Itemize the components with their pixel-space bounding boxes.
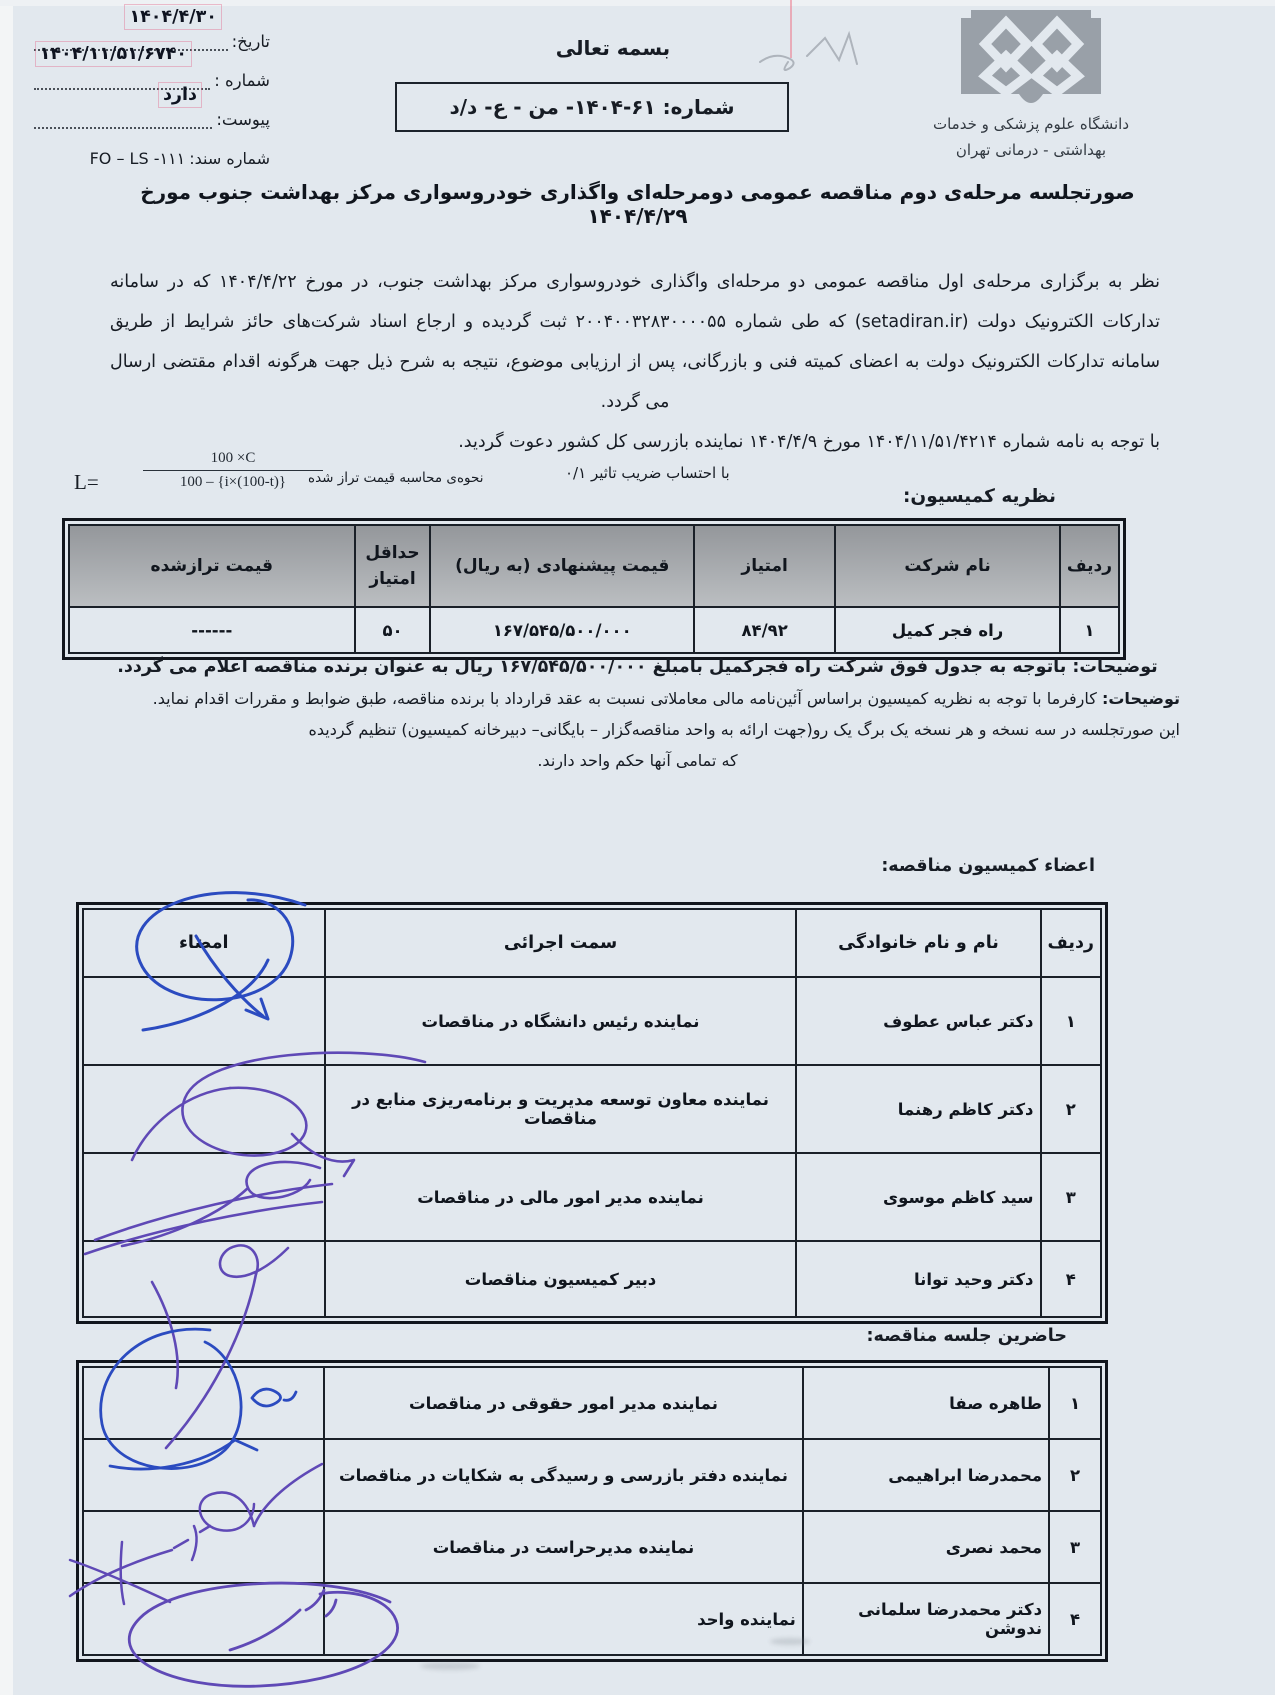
score-table-row: ۱ راه فجر کمیل ۸۴/۹۲ ۱۶۷/۵۴۵/۵۰۰/۰۰۰ ۵۰ … — [69, 607, 1119, 653]
commission-opinion-heading: نظریه کمیسیون: — [903, 486, 1056, 507]
members-table-wrapper: ردیف نام و نام خانوادگی سمت اجرائی امضاء… — [76, 902, 1108, 1324]
header-executive-position: سمت اجرائی — [325, 909, 797, 977]
cell-member-role: نماینده مدیر امور مالی در مناقصات — [325, 1153, 797, 1241]
cell-row-number: ۲ — [1049, 1439, 1101, 1511]
university-logo-block: دانشگاه علوم پزشکی و خدمات بهداشتی - درم… — [888, 6, 1174, 162]
attendees-section-heading: حاضرین جلسه مناقصه: — [866, 1326, 1067, 1346]
cell-price: ۱۶۷/۵۴۵/۵۰۰/۰۰۰ — [430, 607, 694, 653]
cell-signature — [83, 977, 325, 1065]
header-signature: امضاء — [83, 909, 325, 977]
fraction-bar — [143, 470, 323, 471]
copies-note-continued: که تمامی آنها حکم واحد دارند. — [95, 745, 1180, 776]
basmala: بسمه تعالی — [463, 36, 763, 60]
attendee-row: ۲ محمدرضا ابراهیمی نماینده دفتر بازرسی و… — [83, 1439, 1101, 1511]
main-paragraph: نظر به برگزاری مرحله‌ی اول مناقصه عمومی … — [110, 262, 1160, 422]
body-text: نظر به برگزاری مرحله‌ی اول مناقصه عمومی … — [110, 262, 1160, 462]
cell-signature — [83, 1367, 324, 1439]
cell-attendee-name: محمد نصری — [803, 1511, 1049, 1583]
number-label: شماره : — [210, 71, 270, 90]
cell-signature — [83, 1583, 324, 1655]
cell-adjusted-price: ------ — [69, 607, 355, 653]
cell-row-number: ۴ — [1041, 1241, 1101, 1317]
cell-row-number: ۱ — [1041, 977, 1101, 1065]
winner-announcement-note: توضیحات: باتوجه به جدول فوق شرکت راه فجر… — [95, 652, 1180, 683]
header-adjusted-price: قیمت ترازشده — [69, 525, 355, 607]
cell-signature — [83, 1241, 325, 1317]
doc-number-value: FO – LS -۱۱۱ — [90, 149, 186, 168]
header-proposed-price: قیمت پیشنهادی (به ریال) — [430, 525, 694, 607]
cell-attendee-role: نماینده مدیرحراست در مناقصات — [324, 1511, 803, 1583]
attachment-value-handwritten: دارد — [158, 82, 202, 108]
cell-attendee-role: نماینده مدیر امور حقوقی در مناقصات — [324, 1367, 803, 1439]
cell-member-name: دکتر کاظم رهنما — [796, 1065, 1040, 1153]
copies-note: این صورتجلسه در سه نسخه و هر نسخه یک برگ… — [95, 714, 1180, 745]
cell-member-name: دکتر وحید توانا — [796, 1241, 1040, 1317]
score-table-wrapper: ردیف نام شرکت امتیاز قیمت پیشنهادی (به ر… — [62, 518, 1126, 660]
impact-coefficient-note: با احتساب ضریب تاثیر ۰/۱ — [565, 464, 730, 482]
doc-number-label: شماره سند: — [185, 149, 270, 168]
header-row-number: ردیف — [1041, 909, 1101, 977]
cell-member-role: نماینده معاون توسعه مدیریت و برنامه‌ریزی… — [325, 1065, 797, 1153]
attachment-label: پیوست: — [212, 110, 270, 129]
cell-member-name: سید کاظم موسوی — [796, 1153, 1040, 1241]
cell-member-name: دکتر عباس عطوف — [796, 977, 1040, 1065]
cell-signature — [83, 1065, 325, 1153]
scan-smudge — [770, 1638, 810, 1645]
members-table: ردیف نام و نام خانوادگی سمت اجرائی امضاء… — [82, 908, 1102, 1318]
cell-member-role: دبیر کمیسیون مناقصات — [325, 1241, 797, 1317]
org-name-line1: دانشگاه علوم پزشکی و خدمات — [888, 112, 1174, 136]
date-label: تاریخ: — [228, 32, 270, 51]
cell-score: ۸۴/۹۲ — [694, 607, 835, 653]
cell-attendee-name: طاهره صفا — [803, 1367, 1049, 1439]
score-table: ردیف نام شرکت امتیاز قیمت پیشنهادی (به ر… — [68, 524, 1120, 654]
attachment-field: پیوست: دارد — [28, 90, 270, 129]
formula-caption: نحوه‌ی محاسبه قیمت تراز شده — [308, 470, 483, 486]
header-row-number: ردیف — [1060, 525, 1119, 607]
attendees-table-wrapper: ۱ طاهره صفا نماینده مدیر امور حقوقی در م… — [76, 1360, 1108, 1662]
cell-signature — [83, 1439, 324, 1511]
university-logo-icon — [951, 6, 1111, 106]
scanned-tender-minutes-page: تاریخ: ۱۴۰۴/۴/۳۰ شماره : ۱۴۰۴/۱۱/۵۱/۶۷۴۰… — [0, 0, 1275, 1695]
letterhead-fields: تاریخ: ۱۴۰۴/۴/۳۰ شماره : ۱۴۰۴/۱۱/۵۱/۶۷۴۰… — [28, 12, 270, 168]
member-row: ۲ دکتر کاظم رهنما نماینده معاون توسعه مد… — [83, 1065, 1101, 1153]
cell-row-number: ۳ — [1041, 1153, 1101, 1241]
formula-numerator: 100 ×C — [118, 450, 348, 467]
date-value-handwritten: ۱۴۰۴/۴/۳۰ — [124, 4, 222, 30]
attendees-table: ۱ طاهره صفا نماینده مدیر امور حقوقی در م… — [82, 1366, 1102, 1656]
member-row: ۴ دکتر وحید توانا دبیر کمیسیون مناقصات — [83, 1241, 1101, 1317]
formula-lhs: L= — [74, 470, 99, 495]
cell-row-number: ۳ — [1049, 1511, 1101, 1583]
members-header-row: ردیف نام و نام خانوادگی سمت اجرائی امضاء — [83, 909, 1101, 977]
attendee-row: ۱ طاهره صفا نماینده مدیر امور حقوقی در م… — [83, 1367, 1101, 1439]
cell-min-score: ۵۰ — [355, 607, 431, 653]
scan-edge-left — [0, 0, 13, 1695]
number-field: شماره : ۱۴۰۴/۱۱/۵۱/۶۷۴۰ — [28, 51, 270, 90]
dotted-line — [34, 111, 212, 129]
attendee-row: ۴ دکتر محمدرضا سلمانی ندوشن نماینده واحد — [83, 1583, 1101, 1655]
cell-attendee-name: دکتر محمدرضا سلمانی ندوشن — [803, 1583, 1049, 1655]
member-row: ۱ دکتر عباس عطوف نماینده رئیس دانشگاه در… — [83, 977, 1101, 1065]
cell-attendee-name: محمدرضا ابراهیمی — [803, 1439, 1049, 1511]
attendee-row: ۳ محمد نصری نماینده مدیرحراست در مناقصات — [83, 1511, 1101, 1583]
cell-member-role: نماینده رئیس دانشگاه در مناقصات — [325, 977, 797, 1065]
header-full-name: نام و نام خانوادگی — [796, 909, 1040, 977]
members-section-heading: اعضاء کمیسیون مناقصه: — [881, 856, 1095, 876]
pencil-scribble-artifact — [752, 26, 902, 86]
cell-attendee-role: نماینده دفتر بازرسی و رسیدگی به شکایات د… — [324, 1439, 803, 1511]
header-min-score: حداقل امتیاز — [355, 525, 431, 607]
cell-row-number: ۴ — [1049, 1583, 1101, 1655]
header-score: امتیاز — [694, 525, 835, 607]
cell-signature — [83, 1153, 325, 1241]
doc-number-field: شماره سند: FO – LS -۱۱۱ — [28, 129, 270, 168]
price-formula-row: L= 100 ×C 100 – {i×(100-t)} نحوه‌ی محاسب… — [60, 448, 1220, 520]
header-company-name: نام شرکت — [835, 525, 1060, 607]
employer-instruction-note: توضیحات: کارفرما با توجه به نظریه کمیسیو… — [95, 683, 1180, 714]
number-value-handwritten: ۱۴۰۴/۱۱/۵۱/۶۷۴۰ — [35, 41, 192, 67]
document-title: صورتجلسه مرحله‌ی دوم مناقصه عمومی دومرحل… — [90, 180, 1185, 228]
org-name-line2: بهداشتی - درمانی تهران — [888, 138, 1174, 162]
cell-company: راه فجر کمیل — [835, 607, 1060, 653]
cell-row-number: ۱ — [1060, 607, 1119, 653]
cell-row-number: ۲ — [1041, 1065, 1101, 1153]
note-text: کارفرما با توجه به نظریه کمیسیون براساس … — [153, 689, 1097, 708]
cell-attendee-role: نماینده واحد — [324, 1583, 803, 1655]
cell-row-number: ۱ — [1049, 1367, 1101, 1439]
member-row: ۳ سید کاظم موسوی نماینده مدیر امور مالی … — [83, 1153, 1101, 1241]
score-table-header-row: ردیف نام شرکت امتیاز قیمت پیشنهادی (به ر… — [69, 525, 1119, 607]
reference-number-box: شماره: ۶۱-۱۴۰۴- من - ع- د/د — [395, 82, 789, 132]
scan-smudge — [420, 1662, 480, 1670]
notes-block: توضیحات: باتوجه به جدول فوق شرکت راه فجر… — [95, 652, 1180, 776]
cell-signature — [83, 1511, 324, 1583]
note-label: توضیحات: — [1102, 689, 1180, 708]
